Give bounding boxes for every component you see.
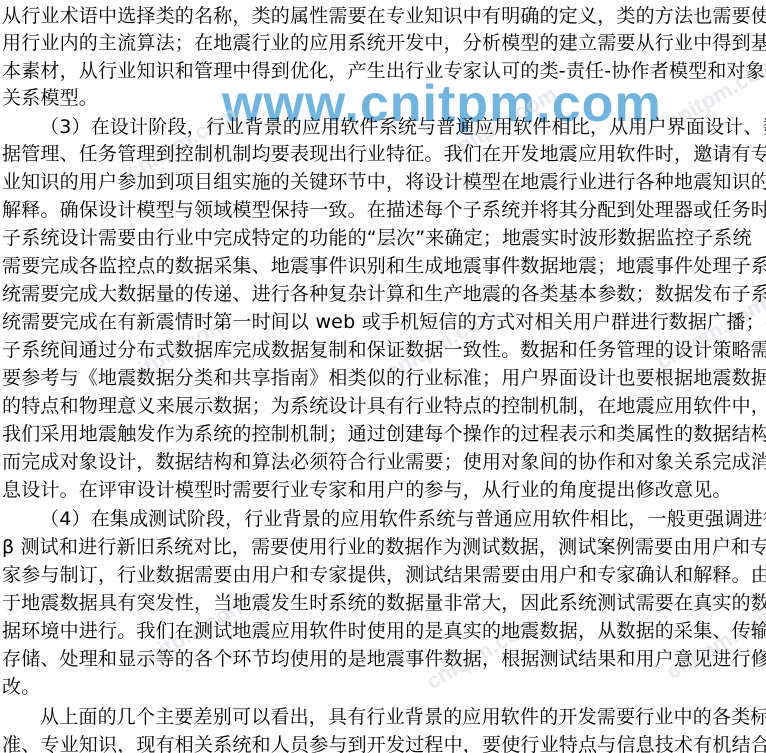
text-line: β 测试和进行新旧系统对比，需要使用行业的数据作为测试数据，测试案例需要由用户和… bbox=[2, 534, 766, 561]
text-line: 统需要完成在有新震情时第一时间以 web 或手机短信的方式对相关用户群进行数据广… bbox=[2, 309, 766, 336]
text-line: 准、专业知识，现有相关系统和人员参与到开发过程中，要使行业特点与信息技术有机结合… bbox=[2, 732, 766, 753]
text-line: 改。 bbox=[2, 674, 40, 701]
text-line: 息设计。在评审设计模型时需要行业专家和用户的参与，从行业的角度提出修改意见。 bbox=[2, 477, 732, 504]
text-line: 家参与制订，行业数据需要由用户和专家提供，测试结果需要由用户和专家确认和解释。由 bbox=[2, 562, 766, 589]
text-line: 用行业内的主流算法；在地震行业的应用系统开发中，分析模型的建立需要从行业中得到基 bbox=[2, 30, 766, 57]
text-line: 据管理、任务管理到控制机制均要表现出行业特征。我们在开发地震应用软件时，邀请有专 bbox=[2, 141, 766, 168]
text-line: 业知识的用户参加到项目组实施的关键环节中，将设计模型在地震行业进行各种地震知识的 bbox=[2, 169, 766, 196]
text-line: 需要完成各监控点的数据采集、地震事件识别和生成地震事件数据地震；地震事件处理子系 bbox=[2, 253, 766, 280]
text-line: 存储、处理和显示等的各个环节均使用的是地震事件数据，根据测试结果和用户意见进行修 bbox=[2, 646, 766, 673]
paragraph-summary-start: 从上面的几个主要差别可以看出，具有行业背景的应用软件的开发需要行业中的各类标 bbox=[40, 704, 766, 731]
text-line: 关系模型。 bbox=[2, 85, 98, 112]
paragraph-4-start: （4）在集成测试阶段，行业背景的应用软件系统与普通应用软件相比，一般更强调进行 bbox=[40, 506, 766, 533]
text-line: 子系统间通过分布式数据库完成数据复制和保证数据一致性。数据和任务管理的设计策略需 bbox=[2, 337, 766, 364]
text-line: 据环境中进行。我们在测试地震应用软件时使用的是真实的地震数据，从数据的采集、传输… bbox=[2, 618, 766, 645]
text-line: 解释。确保设计模型与领域模型保持一致。在描述每个子系统并将其分配到处理器或任务时… bbox=[2, 197, 766, 224]
document-page: www.cnitpm.com cnitpm.com cnitpm.com cni… bbox=[0, 0, 766, 753]
text-line: 子系统设计需要由行业中完成特定的功能的“层次”来确定；地震实时波形数据监控子系统 bbox=[2, 225, 752, 252]
text-line: 本素材，从行业知识和管理中得到优化，产生出行业专家认可的类-责任-协作者模型和对… bbox=[2, 58, 766, 85]
text-line: 于地震数据具有突发性，当地震发生时系统的数据量非常大，因此系统测试需要在真实的数 bbox=[2, 590, 766, 617]
text-line: 而完成对象设计，数据结构和算法必须符合行业需要；使用对象间的协作和对象关系完成消 bbox=[2, 449, 766, 476]
text-line: 的特点和物理意义来展示数据；为系统设计具有行业特点的控制机制，在地震应用软件中， bbox=[2, 393, 766, 420]
paragraph-3-start: （3）在设计阶段，行业背景的应用软件系统与普通应用软件相比，从用户界面设计、数 bbox=[40, 114, 766, 141]
text-line: 统需要完成大数据量的传递、进行各种复杂计算和生产地震的各类基本参数；数据发布子系 bbox=[2, 281, 766, 308]
text-line: 要参考与《地震数据分类和共享指南》相类似的行业标准；用户界面设计也要根据地震数据 bbox=[2, 365, 766, 392]
text-line: 我们采用地震触发作为系统的控制机制；通过创建每个操作的过程表示和类属性的数据结构 bbox=[2, 421, 766, 448]
text-line: 从行业术语中选择类的名称，类的属性需要在专业知识中有明确的定义，类的方法也需要使 bbox=[2, 3, 766, 30]
